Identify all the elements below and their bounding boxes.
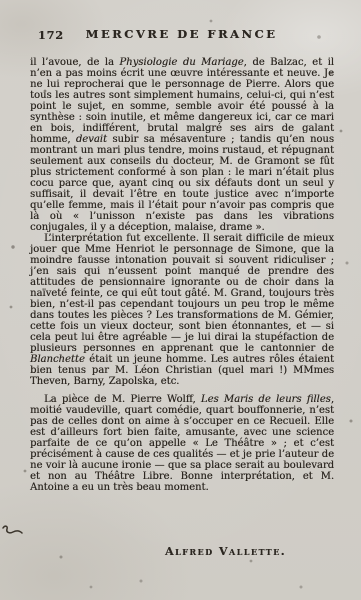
page-body: il l’avoue, de la Physiologie du Mariage… xyxy=(30,57,334,493)
handwritten-squiggle-icon xyxy=(1,524,23,538)
italic-text-segment: Les Maris de leurs filles xyxy=(201,394,331,405)
paragraph: L’interprétation fut excellente. Il sera… xyxy=(30,233,334,387)
journal-title: MERCVRE DE FRANCE xyxy=(30,27,333,41)
text-segment: L’interprétation fut excellente. Il sera… xyxy=(30,233,334,354)
author-signature: Alfred Vallette. xyxy=(30,545,334,558)
paragraph: il l’avoue, de la Physiologie du Mariage… xyxy=(30,57,334,233)
italic-text-segment: Blanchette xyxy=(30,354,85,365)
page-header: 172 MERCVRE DE FRANCE xyxy=(30,27,333,43)
scan-noise xyxy=(0,0,2,2)
text-segment: subir sa mésaventure ; tandis qu’en nous… xyxy=(30,134,334,233)
text-segment: , de Balzac, et il n’en a pas moins écri… xyxy=(30,57,334,145)
italic-text-segment: Physiologie du Mariage xyxy=(119,57,243,68)
scanned-page: 172 MERCVRE DE FRANCE il l’avoue, de la … xyxy=(0,0,361,600)
italic-text-segment: devait xyxy=(76,134,107,145)
text-segment: , moitié vaudeville, quart comédie, quar… xyxy=(30,394,334,493)
text-segment: La pièce de M. Pierre Wolff, xyxy=(44,394,201,405)
text-segment: il l’avoue, de la xyxy=(30,57,119,68)
paragraph: La pièce de M. Pierre Wolff, Les Maris d… xyxy=(30,394,334,493)
